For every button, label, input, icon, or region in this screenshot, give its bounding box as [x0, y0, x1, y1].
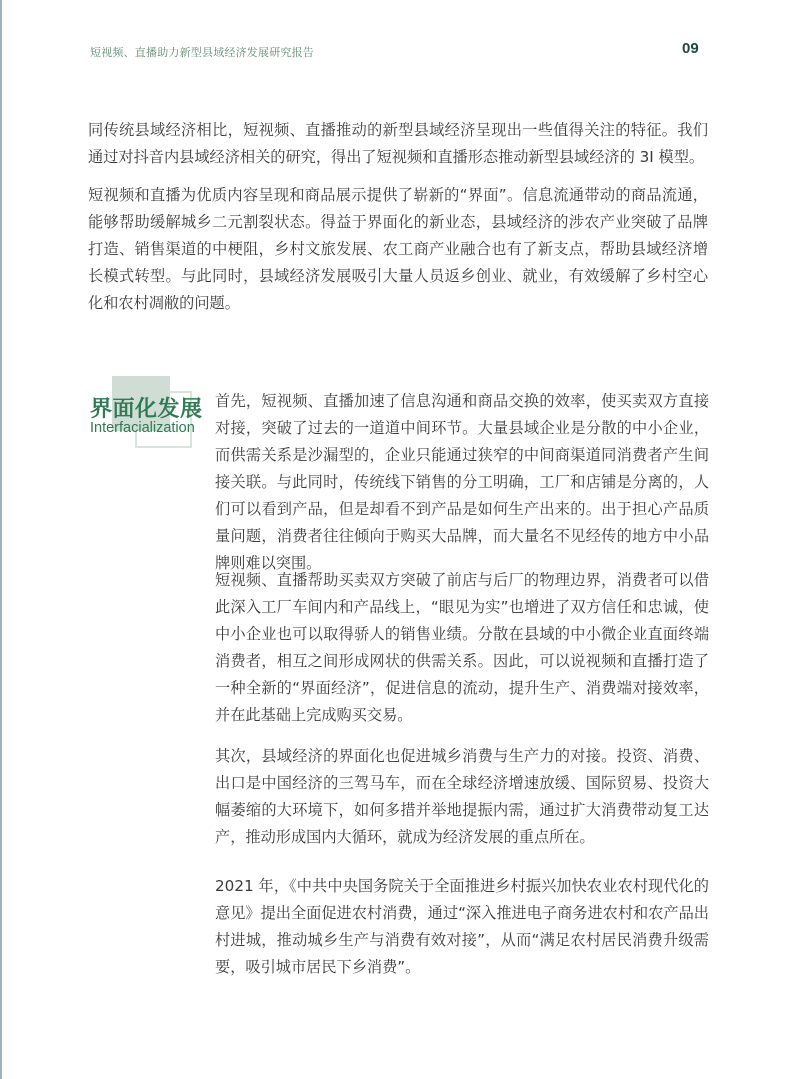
section-paragraph: 其次，县域经济的界面化也促进城乡消费与生产力的对接。投资、消费、出口是中国经济的…	[215, 743, 709, 851]
section-paragraph: 短视频、直播帮助买卖双方突破了前店与后厂的物理边界，消费者可以借此深入工厂车间内…	[215, 567, 709, 729]
page-number: 09	[682, 40, 699, 57]
section-title-en: Interfacialization	[90, 420, 195, 436]
section-callout: 界面化发展 Interfacialization	[90, 376, 208, 456]
section-paragraph: 首先，短视频、直播加速了信息沟通和商品交换的效率，使买卖双方直接对接，突破了过去…	[215, 388, 709, 577]
intro-paragraph: 短视频和直播为优质内容呈现和商品展示提供了崭新的“界面”。信息流通带动的商品流通…	[88, 182, 708, 317]
page-left-border	[0, 0, 2, 1079]
intro-paragraph: 同传统县域经济相比，短视频、直播推动的新型县域经济呈现出一些值得关注的特征。我们…	[88, 117, 708, 171]
report-header-title: 短视频、直播助力新型县域经济发展研究报告	[90, 44, 314, 60]
section-title-zh: 界面化发展	[90, 392, 203, 423]
section-paragraph: 2021 年，《中共中央国务院关于全面推进乡村振兴加快农业农村现代化的意见》提出…	[215, 873, 709, 981]
